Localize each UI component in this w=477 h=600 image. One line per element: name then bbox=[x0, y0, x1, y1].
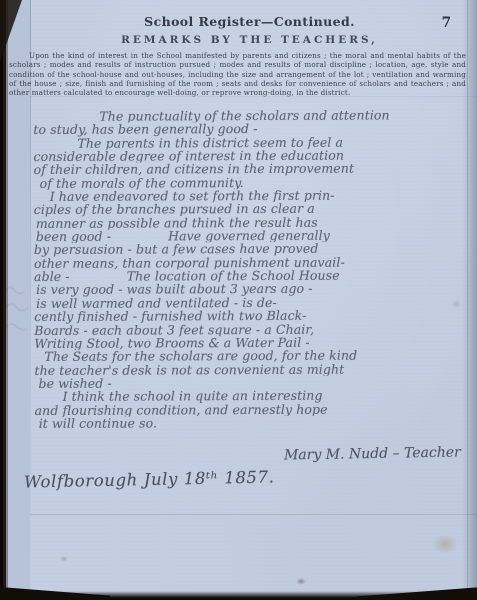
page-edge-line-right bbox=[467, 0, 468, 600]
teacher-signature: Mary M. Nudd – Teacher bbox=[284, 444, 461, 463]
page-edge-shadow-right bbox=[462, 0, 477, 600]
manuscript-lines: The punctuality of the scholars and atte… bbox=[33, 108, 473, 430]
scanned-register-page: School Register—Continued. 7 REMARKS BY … bbox=[0, 0, 477, 600]
page-number: 7 bbox=[442, 15, 451, 31]
page-title: School Register—Continued. bbox=[36, 14, 463, 29]
printed-instructions: Upon the kind of interest in the School … bbox=[9, 51, 466, 97]
paper-crease-lower bbox=[0, 514, 477, 515]
book-binding-edge bbox=[0, 0, 9, 600]
section-title: REMARKS BY THE TEACHERS, bbox=[36, 34, 463, 46]
manuscript-line-24: it will continue so. bbox=[39, 415, 474, 430]
